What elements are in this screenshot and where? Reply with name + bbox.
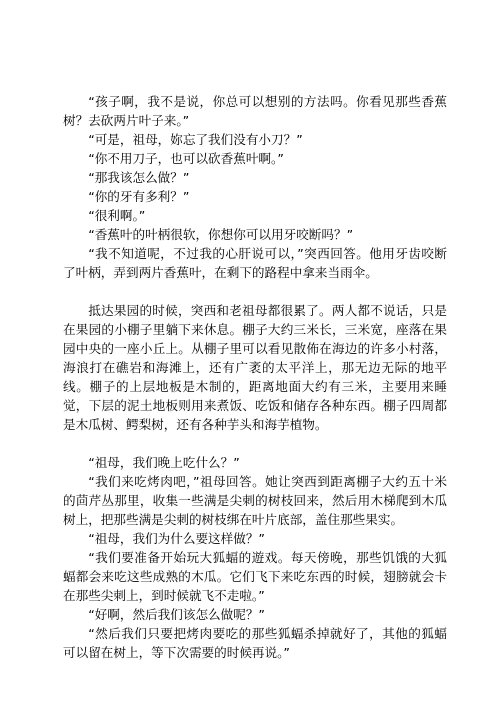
section-dialogue-fruit-bats: “祖母，我们晚上吃什么？” “我们来吃烤肉吧，”祖母回答。她让突西到距离棚子大约… xyxy=(63,453,447,662)
paragraph-gap xyxy=(63,282,447,301)
section-orchard-description: 抵达果园的时候，突西和老祖母都很累了。两人都不说话，只是在果园的小棚子里躺下来休… xyxy=(63,301,447,434)
document-page: “孩子啊，我不是说，你总可以想别的方法吗。你看见那些香蕉树？去砍两片叶子来。” … xyxy=(63,92,447,662)
paragraph: “你不用刀子，也可以砍香蕉叶啊。” xyxy=(63,149,447,168)
section-dialogue-banana-leaves: “孩子啊，我不是说，你总可以想别的方法吗。你看见那些香蕉树？去砍两片叶子来。” … xyxy=(63,92,447,282)
paragraph: “你的牙有多利？” xyxy=(63,187,447,206)
paragraph: “然后我们只要把烤肉要吃的那些狐蝠杀掉就好了，其他的狐蝠可以留在树上，等下次需要… xyxy=(63,624,447,662)
paragraph: “祖母，我们为什么要这样做？” xyxy=(63,529,447,548)
paragraph: 抵达果园的时候，突西和老祖母都很累了。两人都不说话，只是在果园的小棚子里躺下来休… xyxy=(63,301,447,434)
paragraph: “祖母，我们晚上吃什么？” xyxy=(63,453,447,472)
paragraph: “我们来吃烤肉吧，”祖母回答。她让突西到距离棚子大约五十米的茴芹丛那里，收集一些… xyxy=(63,472,447,529)
paragraph: “那我该怎么做？” xyxy=(63,168,447,187)
paragraph: “孩子啊，我不是说，你总可以想别的方法吗。你看见那些香蕉树？去砍两片叶子来。” xyxy=(63,92,447,130)
paragraph: “我们要准备开始玩大狐蝠的遊戏。每天傍晚，那些饥饿的大狐蝠都会来吃这些成熟的木瓜… xyxy=(63,548,447,605)
paragraph: “香蕉叶的叶柄很软，你想你可以用牙咬断吗？” xyxy=(63,225,447,244)
paragraph: “我不知道呢，不过我的心肝说可以，”突西回答。他用牙齿咬断了叶柄，弄到两片香蕉叶… xyxy=(63,244,447,282)
paragraph: “很利啊。” xyxy=(63,206,447,225)
paragraph: “好啊，然后我们该怎么做呢？” xyxy=(63,605,447,624)
paragraph-gap xyxy=(63,434,447,453)
paragraph: “可是，祖母，妳忘了我们没有小刀？” xyxy=(63,130,447,149)
